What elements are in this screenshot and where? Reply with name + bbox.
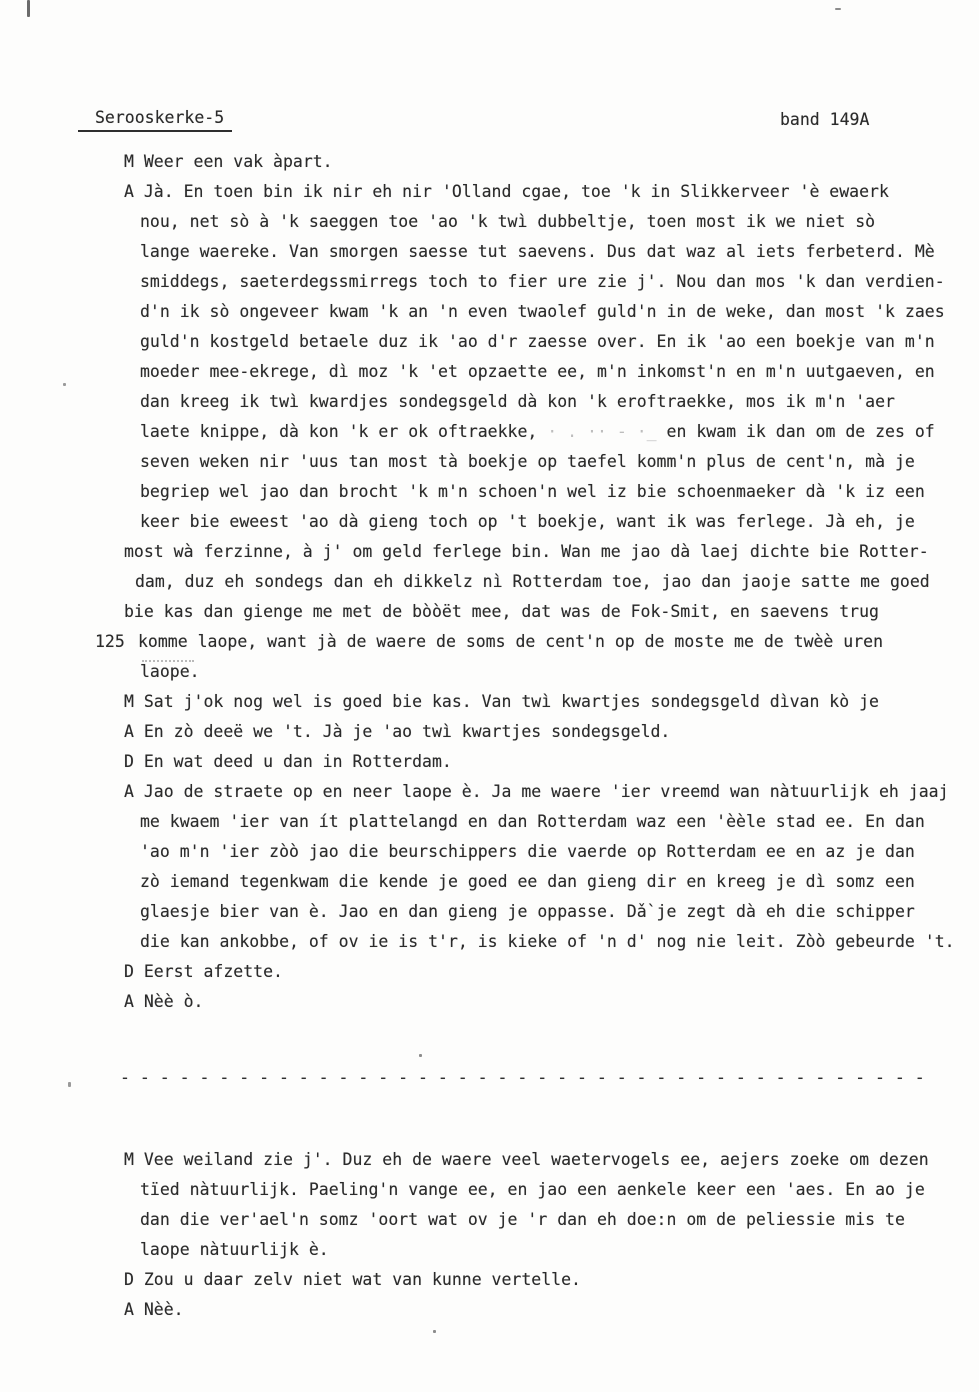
line-text: guld'n kostgeld betaele duz ik 'ao d'r z… (140, 332, 935, 351)
speaker-label: A (124, 182, 144, 201)
speaker-label: A (124, 722, 144, 741)
erased-text: · . ·· - ·_ (547, 422, 666, 441)
transcript-section-2: M Vee weiland zie j'. Duz eh de waere ve… (124, 1145, 970, 1325)
line-text: Nèè. (144, 1300, 184, 1319)
transcript-line: A Jà. En toen bin ik nir eh nir 'Olland … (124, 177, 970, 207)
scan-smudge (142, 657, 194, 662)
transcript-line: 125komme laope, want jà de waere de soms… (124, 627, 970, 657)
transcript-line: M Vee weiland zie j'. Duz eh de waere ve… (124, 1145, 970, 1175)
line-text: Zou u daar zelv niet wat van kunne verte… (144, 1270, 581, 1289)
transcript-line: laope nàtuurlijk è. (124, 1235, 970, 1265)
scan-artifact (835, 8, 841, 10)
line-text: glaesje bier van è. Jao en dan gieng je … (140, 902, 915, 921)
speaker-label: A (124, 1300, 144, 1319)
speaker-label: M (124, 152, 144, 171)
transcript-line: A Jao de straete op en neer laope è. Ja … (124, 777, 970, 807)
transcript-line: dan die ver'ael'n somz 'oort wat ov je '… (124, 1205, 970, 1235)
tape-band-label: band 149A (780, 110, 869, 129)
line-text: bie kas dan gienge me met de bòòët mee, … (124, 602, 879, 621)
scanned-transcript-page: Serooskerke-5 band 149A M Weer een vak à… (0, 0, 979, 1392)
transcript-line: A Nèè. (124, 1295, 970, 1325)
speaker-label: M (124, 1150, 144, 1169)
line-text: laope. (140, 662, 200, 681)
transcript-line: M Sat j'ok nog wel is goed bie kas. Van … (124, 687, 970, 717)
line-text: En wat deed u dan in Rotterdam. (144, 752, 452, 771)
section-separator-dashes: - - - - - - - - - - - - - - - - - - - - … (120, 1063, 970, 1093)
line-text: en kwam ik dan om de zes of (667, 422, 935, 441)
line-text: komme laope, want jà de waere de soms de… (138, 632, 883, 651)
transcript-line: lange waereke. Van smorgen saesse tut sa… (124, 237, 970, 267)
line-text: En zò deeë we 't. Jà je 'ao twì kwartjes… (144, 722, 671, 741)
line-text: seven weken nir 'uus tan most tà boekje … (140, 452, 915, 471)
scan-artifact (68, 1082, 71, 1087)
line-text: lange waereke. Van smorgen saesse tut sa… (140, 242, 935, 261)
transcript-line: zò iemand tegenkwam die kende je goed ee… (124, 867, 970, 897)
transcript-line: nou, net sò à 'k saeggen toe 'ao 'k twì … (124, 207, 970, 237)
line-text: Vee weiland zie j'. Duz eh de waere veel… (144, 1150, 929, 1169)
line-text: keer bie eweest 'ao dà gieng toch op 't … (140, 512, 915, 531)
line-text: Nèè ò. (144, 992, 204, 1011)
transcript-section-1: M Weer een vak àpart.A Jà. En toen bin i… (124, 147, 970, 1017)
line-text: dan die ver'ael'n somz 'oort wat ov je '… (140, 1210, 905, 1229)
speaker-label: D (124, 752, 144, 771)
line-text: d'n ik sò ongeveer kwam 'k an 'n even tw… (140, 302, 945, 321)
transcript-line: dam, duz eh sondegs dan eh dikkelz nì Ro… (124, 567, 970, 597)
transcript-line: D En wat deed u dan in Rotterdam. (124, 747, 970, 777)
line-text: Weer een vak àpart. (144, 152, 333, 171)
speaker-label: D (124, 1270, 144, 1289)
transcript-line: most wà ferzinne, à j' om geld ferlege b… (124, 537, 970, 567)
transcript-line: D Eerst afzette. (124, 957, 970, 987)
line-text: die kan ankobbe, of ov ie is t'r, is kie… (140, 932, 955, 951)
line-text: smiddegs, saeterdegssmirregs toch to fie… (140, 272, 945, 291)
transcript-line: guld'n kostgeld betaele duz ik 'ao d'r z… (124, 327, 970, 357)
scan-artifact (433, 1330, 436, 1333)
transcript-line: begriep wel jao dan brocht 'k m'n schoen… (124, 477, 970, 507)
speaker-label: A (124, 992, 144, 1011)
transcript-line: glaesje bier van è. Jao en dan gieng je … (124, 897, 970, 927)
transcript-line: tïed nàtuurlijk. Paeling'n vange ee, en … (124, 1175, 970, 1205)
transcript-line: keer bie eweest 'ao dà gieng toch op 't … (124, 507, 970, 537)
line-text: tïed nàtuurlijk. Paeling'n vange ee, en … (140, 1180, 925, 1199)
line-text: dam, duz eh sondegs dan eh dikkelz nì Ro… (135, 572, 930, 591)
transcript-line: bie kas dan gienge me met de bòòët mee, … (124, 597, 970, 627)
transcript-line: D Zou u daar zelv niet wat van kunne ver… (124, 1265, 970, 1295)
line-text: Sat j'ok nog wel is goed bie kas. Van tw… (144, 692, 879, 711)
line-text: laope nàtuurlijk è. (140, 1240, 329, 1259)
transcript-line: A Nèè ò. (124, 987, 970, 1017)
transcript-line: seven weken nir 'uus tan most tà boekje … (124, 447, 970, 477)
line-text: Jà. En toen bin ik nir eh nir 'Olland cg… (144, 182, 889, 201)
line-text: nou, net sò à 'k saeggen toe 'ao 'k twì … (140, 212, 875, 231)
transcript-line: d'n ik sò ongeveer kwam 'k an 'n even tw… (124, 297, 970, 327)
transcript-line: moeder mee-ekrege, dì moz 'k 'et opzaett… (124, 357, 970, 387)
scan-artifact (27, 0, 30, 17)
transcript-line: M Weer een vak àpart. (124, 147, 970, 177)
line-text: laete knippe, dà kon 'k er ok oftraekke, (140, 422, 547, 441)
speaker-label: M (124, 692, 144, 711)
transcript-line: smiddegs, saeterdegssmirregs toch to fie… (124, 267, 970, 297)
transcript-body: M Weer een vak àpart.A Jà. En toen bin i… (124, 147, 970, 1325)
scan-artifact (419, 1054, 422, 1057)
line-text: most wà ferzinne, à j' om geld ferlege b… (124, 542, 929, 561)
line-text: Eerst afzette. (144, 962, 283, 981)
transcript-line: laete knippe, dà kon 'k er ok oftraekke,… (124, 417, 970, 447)
line-text: 'ao m'n 'ier zòò jao die beurschippers d… (140, 842, 915, 861)
speaker-label: A (124, 782, 144, 801)
transcript-line: die kan ankobbe, of ov ie is t'r, is kie… (124, 927, 970, 957)
line-number: 125 (95, 627, 125, 657)
scan-artifact (63, 383, 66, 386)
line-text: begriep wel jao dan brocht 'k m'n schoen… (140, 482, 925, 501)
transcript-line: laope. (124, 657, 970, 687)
line-text: moeder mee-ekrege, dì moz 'k 'et opzaett… (140, 362, 935, 381)
document-title: Serooskerke-5 (78, 108, 232, 132)
transcript-line: A En zò deeë we 't. Jà je 'ao twì kwartj… (124, 717, 970, 747)
line-text: dan kreeg ik twì kwardjes sondegsgeld dà… (140, 392, 895, 411)
line-text: zò iemand tegenkwam die kende je goed ee… (140, 872, 915, 891)
speaker-label: D (124, 962, 144, 981)
line-text: Jao de straete op en neer laope è. Ja me… (144, 782, 949, 801)
line-text: me kwaem 'ier van ít plattelangd en dan … (140, 812, 925, 831)
transcript-line: 'ao m'n 'ier zòò jao die beurschippers d… (124, 837, 970, 867)
transcript-line: me kwaem 'ier van ít plattelangd en dan … (124, 807, 970, 837)
transcript-line: dan kreeg ik twì kwardjes sondegsgeld dà… (124, 387, 970, 417)
